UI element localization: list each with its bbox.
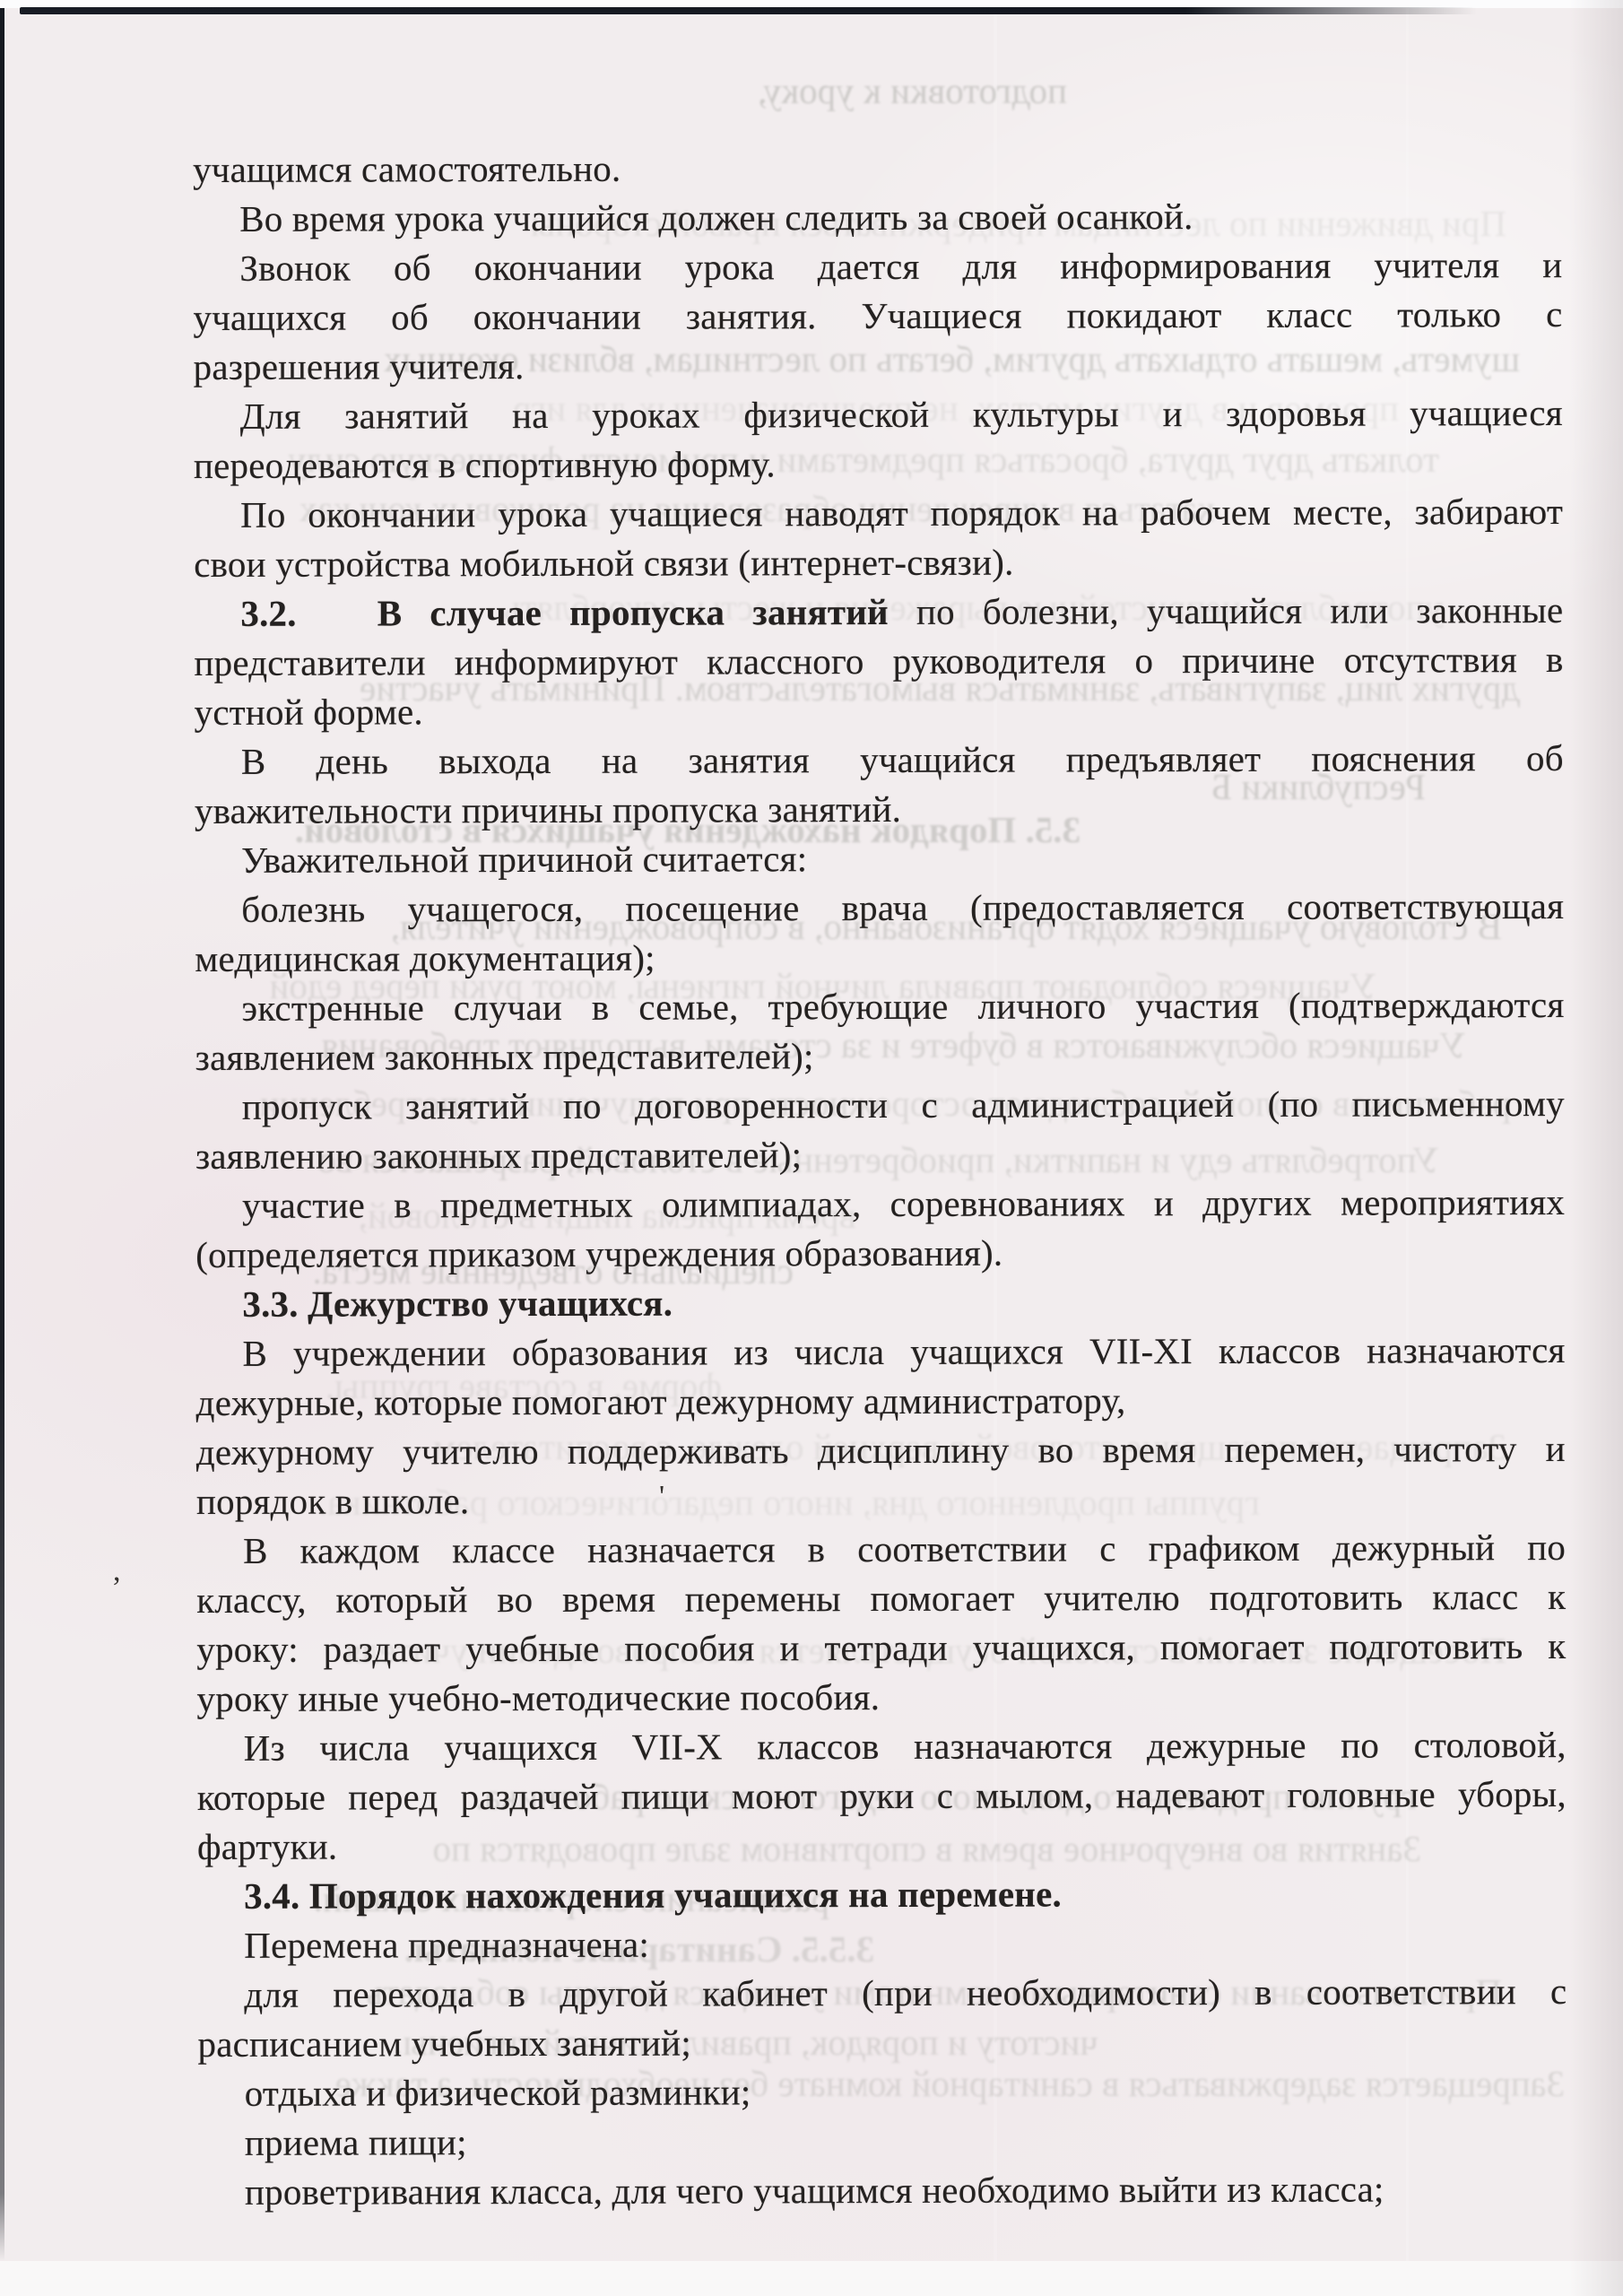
text-segment: разрешения учителя. [194, 345, 525, 387]
text-line: Из числа учащихся VII-X классов назначаю… [197, 1720, 1567, 1773]
text-line: разрешения учителя. [194, 339, 1563, 392]
text-segment: Звонок об окончании урока дается для инф… [239, 244, 1562, 289]
text-segment: отдыха и физической разминки; [245, 2071, 751, 2113]
text-line: Звонок об окончании урока дается для инф… [193, 240, 1562, 293]
text-segment: участие в предметных олимпиадах, соревно… [242, 1181, 1565, 1226]
text-segment: приема пищи; [245, 2121, 467, 2163]
scan-edge-bottom-white [0, 2261, 1623, 2296]
scan-edge-top-line [20, 7, 1477, 14]
text-line: Уважительной причиной считается: [195, 832, 1564, 885]
text-line: дежурному учителю поддерживать дисциплин… [196, 1424, 1566, 1477]
text-line: для перехода в другой кабинет (при необх… [197, 1967, 1567, 2020]
text-segment: (определяется приказом учреждения образо… [195, 1232, 1002, 1275]
text-line: переодеваются в спортивную форму. [194, 438, 1563, 491]
text-segment: заявлению законных представителей); [195, 1134, 802, 1177]
text-line: пропуск занятий по договоренности с адми… [195, 1079, 1565, 1132]
text-segment: учащихся об окончании занятия. Учащиеся … [193, 293, 1562, 338]
document-text: учащимся самостоятельно.Во время урока у… [193, 142, 1567, 2217]
text-line: По окончании урока учащиеся наводят поря… [194, 487, 1563, 540]
scan-speck: ' [659, 1482, 664, 1512]
text-segment: учащимся самостоятельно. [193, 148, 621, 190]
text-segment: Перемена предназначена: [244, 1924, 649, 1966]
text-line: которые перед раздачей пищи моют руки с … [197, 1770, 1567, 1822]
text-line: участие в предметных олимпиадах, соревно… [195, 1178, 1565, 1231]
text-line: В день выхода на занятия учащийся предъя… [195, 734, 1564, 787]
text-segment: В каждом классе назначается в соответств… [243, 1526, 1566, 1571]
scan-edge-left-line [0, 8, 4, 2261]
text-line: уроку иные учебно-методические пособия. [196, 1671, 1566, 1724]
text-segment: фартуки. [197, 1826, 337, 1867]
text-line: устной форме. [195, 684, 1564, 737]
text-segment: классу, который во время перемены помога… [196, 1576, 1566, 1621]
scan-edge-right-shadow [1569, 0, 1623, 2296]
text-segment: заявлением законных представителей); [195, 1035, 814, 1078]
text-line: учащихся об окончании занятия. Учащиеся … [193, 290, 1562, 343]
text-line: фартуки. [197, 1819, 1567, 1872]
text-line: уроку: раздает учебные пособия и тетради… [196, 1622, 1566, 1674]
text-line: Во время урока учащийся должен следить з… [193, 191, 1562, 244]
text-segment-bold: 3.2. [240, 593, 296, 634]
text-line: В каждом классе назначается в соответств… [196, 1523, 1566, 1576]
text-segment: по болезни, учащийся или законные [889, 589, 1564, 632]
text-segment: которые перед раздачей пищи моют руки с … [197, 1773, 1567, 1818]
text-line: дежурные, которые помогают дежурному адм… [196, 1375, 1566, 1428]
text-line: отдыха и физической разминки; [198, 2066, 1567, 2118]
text-line: расписанием учебных занятий; [197, 2016, 1567, 2069]
text-segment: проветривания класса, для чего учащимся … [245, 2169, 1384, 2213]
text-segment: болезнь учащегося, посещение врача (пред… [241, 885, 1564, 930]
text-line: заявлением законных представителей); [195, 1030, 1565, 1083]
text-segment: экстренные случаи в семье, требующие лич… [241, 984, 1564, 1029]
text-line: заявлению законных представителей); [195, 1128, 1565, 1181]
text-segment: В день выхода на занятия учащийся предъя… [241, 737, 1564, 782]
text-line: проветривания класса, для чего учащимся … [198, 2164, 1567, 2217]
text-segment-bold: 3.4. Порядок нахождения учащихся на пере… [244, 1873, 1062, 1916]
text-line: представители информируют классного руко… [194, 635, 1563, 688]
text-segment: устной форме. [195, 691, 423, 733]
text-segment: дежурному учителю поддерживать дисциплин… [196, 1428, 1566, 1473]
text-segment: переодеваются в спортивную форму. [194, 443, 776, 486]
text-line: Для занятий на уроках физической культур… [194, 388, 1563, 441]
text-segment: Уважительной причиной считается: [241, 838, 807, 881]
text-line: свои устройства мобильной связи (интерне… [194, 536, 1563, 589]
text-line: болезнь учащегося, посещение врача (пред… [195, 882, 1564, 935]
text-line: порядок в школе. [196, 1474, 1566, 1526]
text-line: 3.2.В случае пропуска занятий по болезни… [194, 586, 1563, 639]
text-segment: пропуск занятий по договоренности с адми… [242, 1083, 1565, 1127]
text-line: приема пищи; [198, 2115, 1567, 2168]
text-segment: уроку: раздает учебные пособия и тетради… [196, 1625, 1566, 1670]
bleedthrough-line: подготовки к уроку, иное: [758, 68, 1067, 113]
text-segment-bold: В случае пропуска занятий [378, 591, 889, 633]
text-segment: для перехода в другой кабинет (при необх… [244, 1970, 1567, 2015]
text-line: уважительности причины пропуска занятий. [195, 783, 1564, 836]
text-line: Перемена предназначена: [197, 1918, 1567, 1970]
text-segment: В учреждении образования из числа учащих… [242, 1329, 1565, 1374]
text-segment: порядок в школе. [196, 1480, 470, 1522]
text-line: В учреждении образования из числа учащих… [195, 1326, 1565, 1378]
text-segment: Из числа учащихся VII-X классов назначаю… [244, 1724, 1567, 1769]
text-line: учащимся самостоятельно. [193, 142, 1562, 195]
text-segment: свои устройства мобильной связи (интерне… [194, 542, 1013, 585]
text-line: 3.3. Дежурство учащихся. [195, 1276, 1565, 1329]
text-segment: представители информируют классного руко… [194, 639, 1563, 683]
text-segment: уважительности причины пропуска занятий. [195, 788, 901, 831]
scanned-page: подготовки к уроку, иное:При движении по… [0, 0, 1623, 2296]
text-line: классу, который во время перемены помога… [196, 1572, 1566, 1625]
text-segment: По окончании урока учащиеся наводят поря… [240, 491, 1563, 535]
text-line: медицинская документация); [195, 931, 1564, 984]
text-line: 3.4. Порядок нахождения учащихся на пере… [197, 1868, 1567, 1921]
text-line: (определяется приказом учреждения образо… [195, 1227, 1565, 1280]
scan-speck: , [113, 1556, 121, 1587]
text-segment: уроку иные учебно-методические пособия. [196, 1676, 880, 1719]
text-segment: расписанием учебных занятий; [197, 2022, 690, 2065]
text-line: экстренные случаи в семье, требующие лич… [195, 980, 1564, 1033]
text-segment-bold: 3.3. Дежурство учащихся. [242, 1283, 673, 1325]
text-segment: Для занятий на уроках физической культур… [240, 392, 1563, 437]
text-segment: медицинская документация); [195, 937, 655, 979]
text-segment: Во время урока учащийся должен следить з… [239, 196, 1193, 239]
text-segment: дежурные, которые помогают дежурному адм… [196, 1379, 1126, 1423]
